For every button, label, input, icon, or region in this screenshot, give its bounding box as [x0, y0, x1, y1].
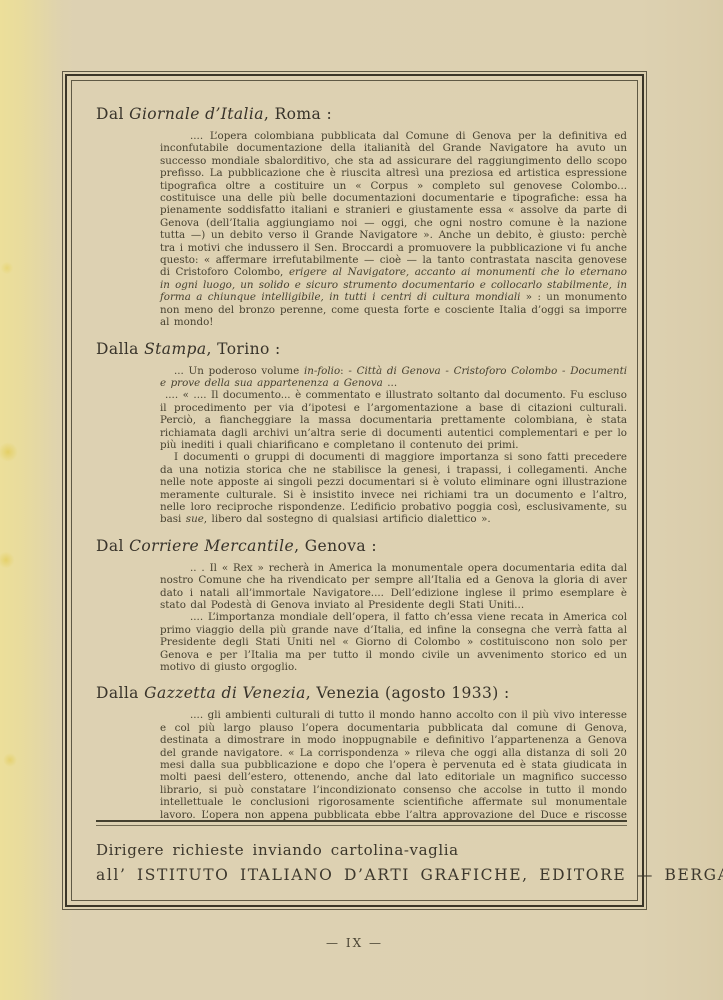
excerpt-paragraph: .... « .... Il documento... è commentato… [160, 389, 627, 451]
page-border-frame: Dal Giornale d’Italia, Roma : .... L’ope… [62, 71, 647, 910]
footer-publisher-line: all’ ISTITUTO ITALIANO D’ARTI GRAFICHE, … [96, 866, 627, 884]
text-run: ... Un poderoso volume [174, 365, 304, 377]
text-run: .... L’opera colombiana pubblicata dal C… [160, 130, 627, 278]
section-header-prefix: Dalla [96, 684, 144, 702]
section-header-prefix: Dalla [96, 340, 144, 358]
footer-instruction-line: Dirigere richieste inviando cartolina-va… [96, 841, 627, 859]
text-run: , libero dal sostegno di qualsiasi artif… [204, 513, 491, 525]
section-header: Dalla Stampa, Torino : [96, 340, 627, 358]
excerpt-paragraph: I documenti o gruppi di documenti di mag… [160, 451, 627, 525]
section-header-suffix: , Venezia (agosto 1933) : [306, 684, 510, 702]
footer-publisher-name: ISTITUTO ITALIANO D’ARTI GRAFICHE, EDITO… [137, 866, 723, 884]
section-header-suffix: , Torino : [207, 340, 281, 358]
text-run: .... L’importanza mondiale dell’opera, i… [160, 611, 627, 673]
excerpt-paragraph: .... L’importanza mondiale dell’opera, i… [160, 611, 627, 673]
excerpt-paragraph: .... L’opera colombiana pubblicata dal C… [160, 130, 627, 329]
section-header-suffix: , Genova : [294, 537, 377, 555]
press-reviews-content: Dal Giornale d’Italia, Roma : .... L’ope… [72, 81, 637, 820]
section-header-prefix: Dal [96, 105, 129, 123]
section-header-source-name: Giornale d’Italia [129, 105, 264, 123]
order-instructions-footer: Dirigere richieste inviando cartolina-va… [72, 820, 637, 900]
text-run: ... [383, 377, 397, 389]
section-stampa: Dalla Stampa, Torino : ... Un poderoso v… [96, 340, 627, 526]
section-header-suffix: , Roma : [264, 105, 332, 123]
section-header-prefix: Dal [96, 537, 129, 555]
excerpt-paragraph: .. . Il « Rex » recherà in America la mo… [160, 562, 627, 612]
page-number: — IX — [62, 936, 647, 950]
excerpt-paragraph: ... Un poderoso volume in-folio: - Città… [160, 365, 627, 390]
text-run: .... gli ambienti culturali di tutto il … [160, 709, 627, 820]
section-header-source-name: Corriere Mercantile [129, 537, 294, 555]
text-run: .. . Il « Rex » recherà in America la mo… [160, 562, 627, 611]
section-header-source-name: Gazzetta di Venezia [144, 684, 306, 702]
text-run: : - [340, 365, 356, 377]
page-border-frame-inner-rule: Dal Giornale d’Italia, Roma : .... L’ope… [71, 80, 638, 901]
excerpt-paragraph: .... gli ambienti culturali di tutto il … [160, 709, 627, 820]
page-border-frame-middle-rule: Dal Giornale d’Italia, Roma : .... L’ope… [65, 74, 644, 907]
footer-divider-rule [96, 820, 627, 826]
text-run-italic: in-folio [304, 365, 340, 377]
section-header: Dalla Gazzetta di Venezia, Venezia (agos… [96, 684, 627, 702]
text-run: .... « .... Il documento... è commentato… [160, 389, 627, 451]
section-corriere-mercantile: Dal Corriere Mercantile, Genova : .. . I… [96, 537, 627, 674]
text-run-italic: sue [186, 513, 204, 525]
section-gazzetta-venezia: Dalla Gazzetta di Venezia, Venezia (agos… [96, 684, 627, 820]
footer-publisher-prefix: all’ [96, 866, 137, 884]
section-header: Dal Corriere Mercantile, Genova : [96, 537, 627, 555]
section-header: Dal Giornale d’Italia, Roma : [96, 105, 627, 123]
section-giornale-italia: Dal Giornale d’Italia, Roma : .... L’ope… [96, 105, 627, 329]
section-header-source-name: Stampa [144, 340, 206, 358]
